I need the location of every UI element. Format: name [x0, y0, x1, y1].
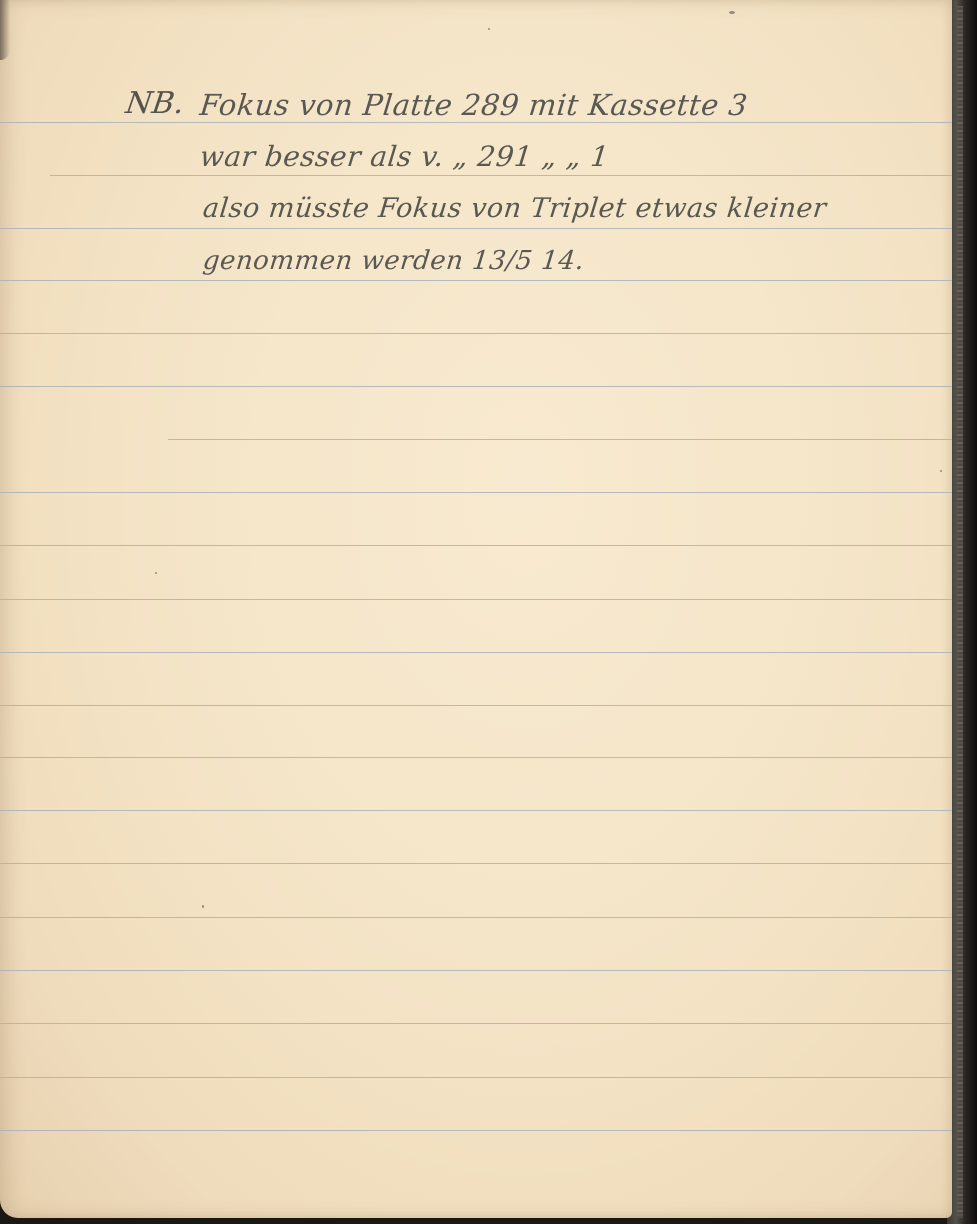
ruled-line	[0, 757, 952, 758]
lined-paper: NB. Fokus von Platte 289 mit Kassette 3 …	[0, 0, 952, 1218]
ruled-line	[0, 652, 952, 653]
ruled-line	[0, 863, 952, 864]
ruled-line	[0, 333, 952, 334]
notebook-page-photo: NB. Fokus von Platte 289 mit Kassette 3 …	[0, 0, 977, 1224]
note-line-4: genommen werden 13/5 14.	[201, 246, 585, 276]
note-line-3: also müsste Fokus von Triplet etwas klei…	[201, 193, 828, 224]
paper-speck	[488, 28, 490, 30]
ruled-line	[0, 280, 952, 281]
paper-speck	[729, 11, 735, 14]
note-line-2: war besser als v. „ 291 „ „ 1	[198, 140, 611, 173]
ruled-line	[0, 122, 952, 123]
ruled-line	[0, 917, 952, 918]
paper-speck	[202, 905, 204, 908]
ruled-line	[0, 810, 952, 811]
ruled-line	[0, 1023, 952, 1024]
spine-edge	[957, 6, 963, 1218]
ruled-line	[0, 1130, 952, 1131]
ruled-line	[0, 599, 952, 600]
nota-bene-marker: NB.	[124, 86, 187, 121]
page-corner-shadow	[0, 0, 10, 60]
ruled-line	[0, 970, 952, 971]
paper-speck	[940, 470, 942, 472]
ruled-line	[0, 1077, 952, 1078]
paper-speck	[155, 572, 157, 574]
ruled-line	[0, 228, 952, 229]
ruled-line	[168, 439, 952, 440]
ruled-line	[0, 492, 952, 493]
ruled-line	[50, 175, 952, 176]
ruled-line	[0, 386, 952, 387]
ruled-line	[0, 545, 952, 546]
ruled-line	[0, 705, 952, 706]
note-line-1: Fokus von Platte 289 mit Kassette 3	[198, 88, 749, 122]
